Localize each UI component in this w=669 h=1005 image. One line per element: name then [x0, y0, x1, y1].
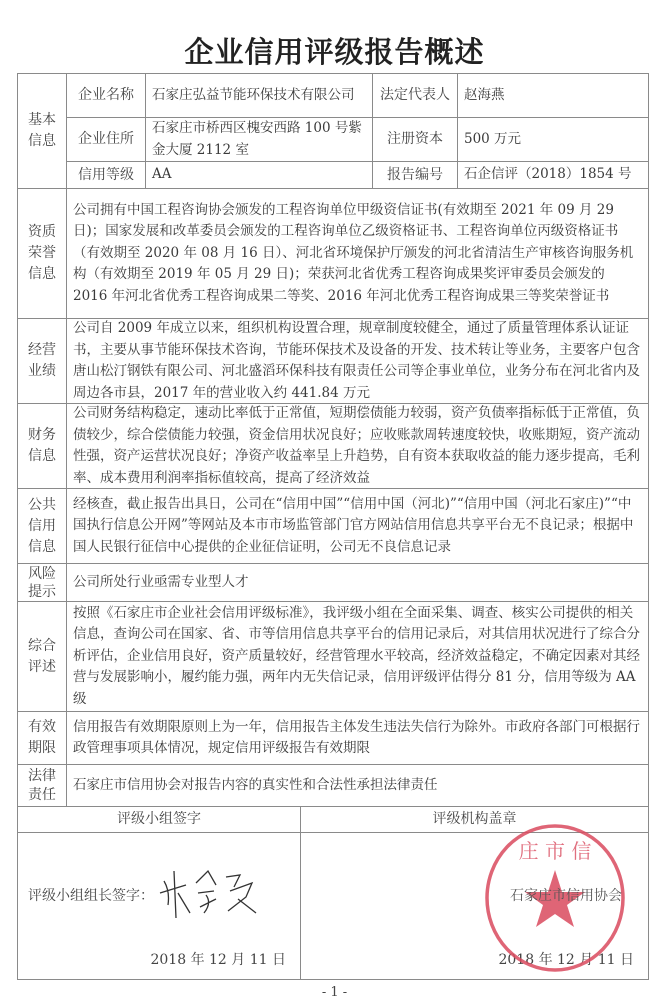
- label-text: 风险提示: [26, 565, 58, 601]
- label-text: 有效期限: [26, 717, 58, 759]
- legal-rep-label: 法定代表人: [372, 73, 458, 118]
- section-label: 资质荣誉信息: [17, 188, 67, 319]
- page-title: 企业信用评级报告概述: [0, 30, 669, 71]
- page-number: - 1 -: [0, 985, 669, 1000]
- content-text: 信用报告有效期限原则上为一年，信用报告主体发生违法失信行为除外。市政府各部门可根…: [73, 717, 642, 760]
- company-name-value: 石家庄弘益节能环保技术有限公司: [145, 73, 373, 118]
- address-text: 石家庄市桥西区槐安西路 100 号紫金大厦 2112 室: [152, 118, 366, 161]
- reg-capital-value: 500 万元: [457, 117, 649, 162]
- section-validity: 有效期限 信用报告有效期限原则上为一年，信用报告主体发生违法失信行为除外。市政府…: [17, 711, 649, 765]
- label-text: 资质荣誉信息: [26, 222, 58, 285]
- section-risk-notice: 风险提示 公司所处行业亟需专业型人才: [17, 563, 649, 602]
- org-seal-header: 评级机构盖章: [300, 806, 649, 833]
- company-name-text: 石家庄弘益节能环保技术有限公司: [152, 85, 355, 107]
- section-label: 综合评述: [17, 601, 67, 712]
- seal-org-name: 石家庄市信用协会: [510, 885, 622, 905]
- content-text: 经核查，截止报告出具日，公司在“信用中国”“信用中国（河北)”“信用中国（河北石…: [73, 494, 642, 559]
- section-content: 信用报告有效期限原则上为一年，信用报告主体发生违法失信行为除外。市政府各部门可根…: [66, 711, 649, 765]
- section-content: 公司财务结构稳定，速动比率低于正常值，短期偿债能力较弱，资产负债率指标低于正常值…: [66, 403, 649, 489]
- credit-grade-label: 信用等级: [66, 161, 146, 189]
- org-seal-box: 2018 年 12 月 11 日: [300, 832, 649, 980]
- content-text: 石家庄市信用协会对报告内容的真实性和合法性承担法律责任: [73, 775, 438, 797]
- signature-header-row: 评级小组签字 评级机构盖章: [17, 806, 649, 833]
- content-text: 公司拥有中国工程咨询协会颁发的工程咨询单位甲级资信证书(有效期至 2021 年 …: [73, 200, 642, 308]
- section-overall-review: 综合评述 按照《石家庄市企业社会信用评级标准》，我评级小组在全面采集、调查、核实…: [17, 601, 649, 712]
- section-legal-liability: 法律责任 石家庄市信用协会对报告内容的真实性和合法性承担法律责任: [17, 764, 649, 807]
- team-signature-header: 评级小组签字: [17, 806, 301, 833]
- section-label: 风险提示: [17, 563, 67, 602]
- leader-signature-label: 评级小组组长签字：: [28, 885, 154, 905]
- legal-rep-value: 赵海燕: [457, 73, 649, 118]
- content-text: 公司自 2009 年成立以来，组织机构设置合理，规章制度较健全，通过了质量管理体…: [73, 318, 642, 404]
- company-name-label: 企业名称: [66, 73, 146, 118]
- org-seal-date: 2018 年 12 月 11 日: [498, 949, 634, 969]
- section-label: 经营业绩: [17, 318, 67, 404]
- section-qualifications: 资质荣誉信息 公司拥有中国工程咨询协会颁发的工程咨询单位甲级资信证书(有效期至 …: [17, 188, 649, 319]
- content-text: 按照《石家庄市企业社会信用评级标准》，我评级小组在全面采集、调查、核实公司提供的…: [73, 603, 642, 711]
- label-text: 法律责任: [26, 767, 58, 805]
- section-content: 公司拥有中国工程咨询协会颁发的工程咨询单位甲级资信证书(有效期至 2021 年 …: [66, 188, 649, 319]
- handwritten-signature-icon: [156, 863, 266, 923]
- label-text: 财务信息: [26, 425, 58, 467]
- content-text: 公司所处行业亟需专业型人才: [73, 572, 249, 594]
- team-signature-box: 评级小组组长签字： 2018 年 12 月 11 日: [17, 832, 301, 980]
- section-financial-info: 财务信息 公司财务结构稳定，速动比率低于正常值，短期偿债能力较弱，资产负债率指标…: [17, 403, 649, 489]
- label-text: 公共信用信息: [26, 495, 58, 558]
- section-business-performance: 经营业绩 公司自 2009 年成立以来，组织机构设置合理，规章制度较健全，通过了…: [17, 318, 649, 404]
- section-public-credit: 公共信用信息 经核查，截止报告出具日，公司在“信用中国”“信用中国（河北)”“信…: [17, 488, 649, 564]
- basic-info-block: 基本信息 企业名称 石家庄弘益节能环保技术有限公司 法定代表人 赵海燕 企业住所…: [17, 73, 649, 189]
- reg-capital-label: 注册资本: [372, 117, 458, 162]
- section-content: 经核查，截止报告出具日，公司在“信用中国”“信用中国（河北)”“信用中国（河北石…: [66, 488, 649, 564]
- report-no-label: 报告编号: [372, 161, 458, 189]
- section-label: 财务信息: [17, 403, 67, 489]
- label-text: 基本信息: [26, 110, 58, 152]
- report-no-value: 石企信评（2018）1854 号: [457, 161, 649, 189]
- label-text: 综合评述: [26, 636, 58, 678]
- content-text: 公司财务结构稳定，速动比率低于正常值，短期偿债能力较弱，资产负债率指标低于正常值…: [73, 403, 642, 489]
- section-content: 按照《石家庄市企业社会信用评级标准》，我评级小组在全面采集、调查、核实公司提供的…: [66, 601, 649, 712]
- label-text: 经营业绩: [26, 340, 58, 382]
- section-label: 有效期限: [17, 711, 67, 765]
- section-label-basic-info: 基本信息: [17, 73, 67, 189]
- team-signature-date: 2018 年 12 月 11 日: [150, 949, 286, 969]
- address-value: 石家庄市桥西区槐安西路 100 号紫金大厦 2112 室: [145, 117, 373, 162]
- address-label: 企业住所: [66, 117, 146, 162]
- credit-grade-value: AA: [145, 161, 373, 189]
- section-content: 公司所处行业亟需专业型人才: [66, 563, 649, 602]
- section-label: 公共信用信息: [17, 488, 67, 564]
- section-content: 石家庄市信用协会对报告内容的真实性和合法性承担法律责任: [66, 764, 649, 807]
- section-content: 公司自 2009 年成立以来，组织机构设置合理，规章制度较健全，通过了质量管理体…: [66, 318, 649, 404]
- section-label: 法律责任: [17, 764, 67, 807]
